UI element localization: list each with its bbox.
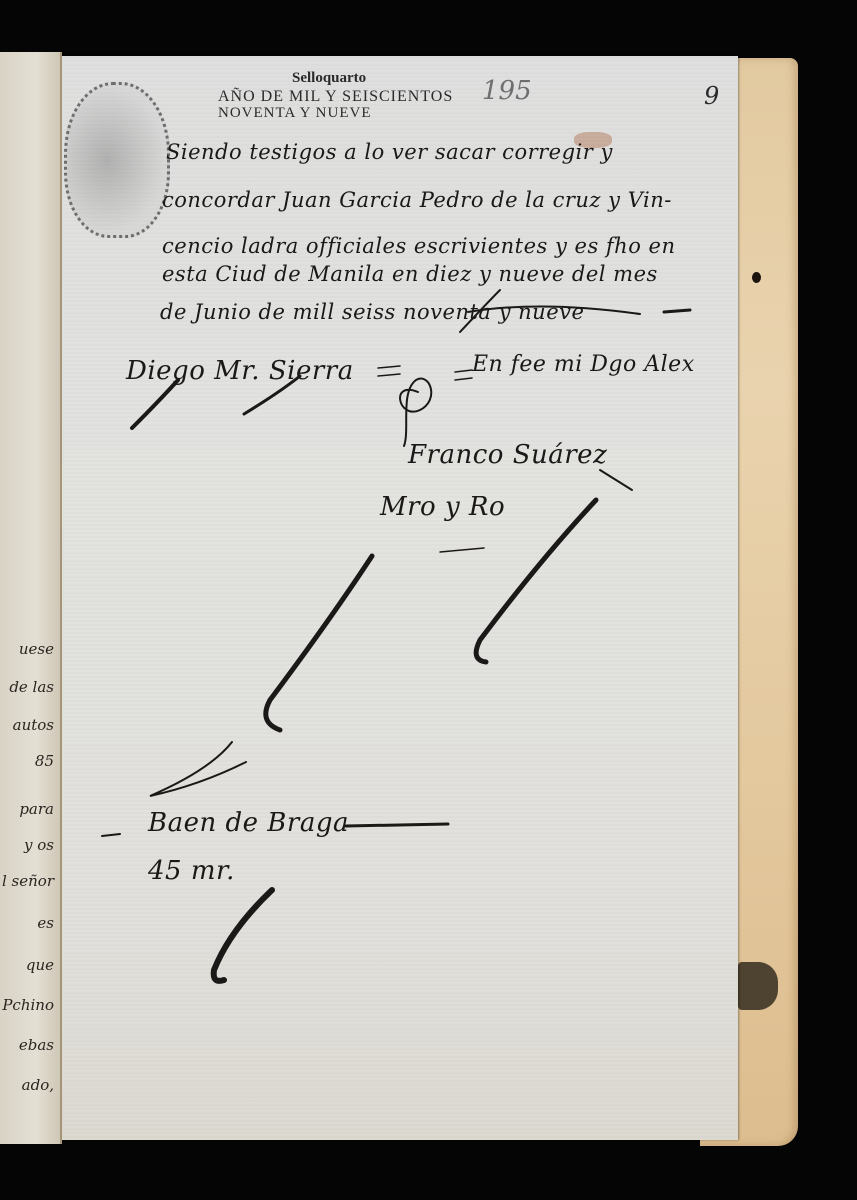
facing-left-page: uese de las autos 85 para y os l señor e… (0, 52, 62, 1144)
body-line: cencio ladra officiales escrivientes y e… (162, 234, 675, 258)
left-fragment: ado, (22, 1076, 54, 1094)
page-number: 9 (704, 82, 719, 110)
leather-patch (738, 962, 778, 1010)
signature-center-name: Franco Suárez (408, 440, 607, 470)
signature-center-sub: Mro y Ro (380, 492, 505, 522)
left-fragment: uese (19, 640, 54, 658)
left-fragment: y os (24, 836, 54, 854)
left-fragment: es (37, 914, 54, 932)
stamp-header: Selloquarto (292, 70, 366, 87)
left-fragment: l señor (2, 872, 54, 890)
stamp-year-line2: NOVENTA Y NUEVE (218, 105, 372, 122)
signature-left: Diego Mr. Sierra (126, 356, 354, 386)
left-fragment: ebas (19, 1036, 54, 1054)
signature-bottom-sub: 45 mr. (148, 856, 235, 886)
signature-bottom-name: Baen de Braga (148, 808, 349, 838)
royal-seal-stamp (64, 82, 170, 238)
main-page: Selloquarto AÑO DE MIL Y SEISCIENTOS NOV… (62, 56, 738, 1140)
stamp-year-line1: AÑO DE MIL Y SEISCIENTOS (218, 88, 453, 106)
folio-number: 195 (482, 76, 532, 106)
signature-right: En fee mi Dgo Alex (472, 352, 695, 377)
left-fragment: de las (9, 678, 54, 696)
left-fragment: Pchino (2, 996, 54, 1014)
left-fragment: para (19, 800, 54, 818)
body-line: concordar Juan Garcia Pedro de la cruz y… (162, 188, 672, 212)
left-fragment: que (26, 956, 54, 974)
left-fragment: autos (13, 716, 54, 734)
binding-hole (752, 272, 761, 283)
body-line: de Junio de mill seiss noventa y nueve (160, 300, 584, 324)
body-line: Siendo testigos a lo ver sacar corregir … (166, 140, 613, 164)
body-line: esta Ciud de Manila en diez y nueve del … (162, 262, 658, 286)
left-fragment: 85 (35, 752, 54, 770)
manuscript-scan: uese de las autos 85 para y os l señor e… (0, 0, 857, 1200)
